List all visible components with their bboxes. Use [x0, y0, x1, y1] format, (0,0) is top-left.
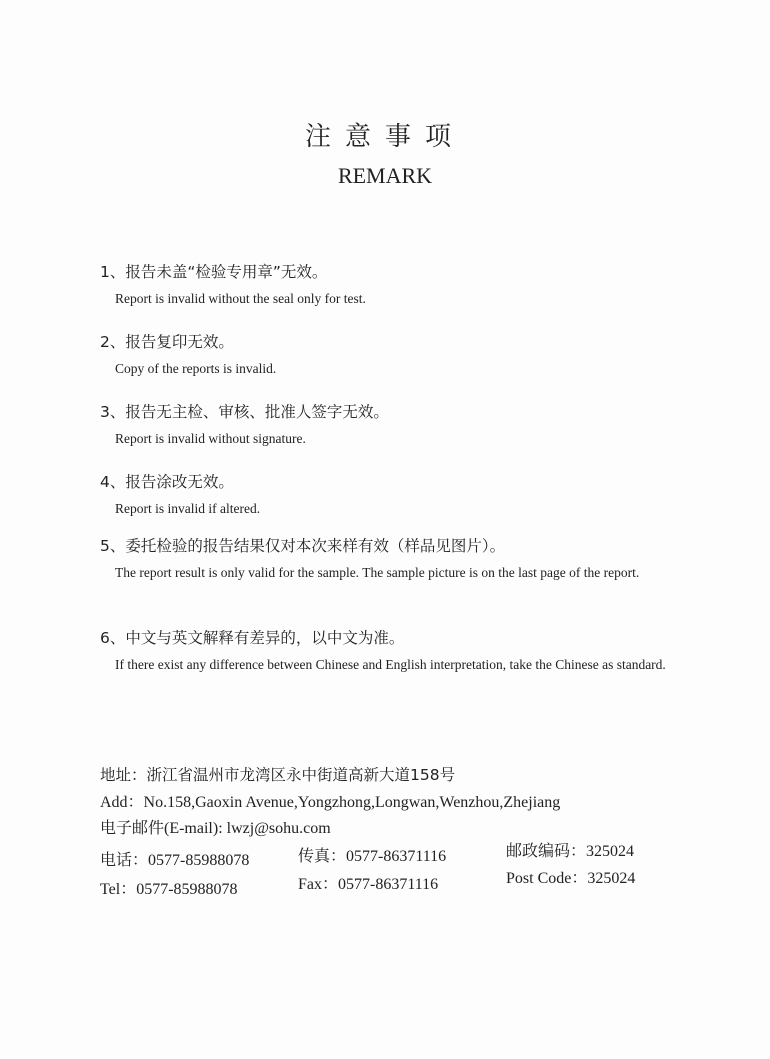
remark-item-cn: 6、中文与英文解释有差异的，以中文为准。	[100, 626, 670, 648]
remark-item-2: 2、报告复印无效。 Copy of the reports is invalid…	[100, 330, 680, 380]
remark-page: 注意事项 REMARK 1、报告未盖“检验专用章”无效。 Report is i…	[0, 0, 770, 1059]
remark-item-en: Report is invalid without the seal only …	[100, 288, 680, 310]
email: 电子邮件(E-mail): lwzj@sohu.com	[100, 815, 331, 838]
remark-item-6: 6、中文与英文解释有差异的，以中文为准。 If there exist any …	[100, 626, 670, 676]
phone-en: Tel：0577-85988078	[100, 876, 238, 899]
remark-item-en: Report is invalid if altered.	[100, 498, 680, 520]
postcode-en: Post Code：325024	[506, 865, 635, 888]
remark-item-cn: 5、委托检验的报告结果仅对本次来样有效（样品见图片）。	[100, 534, 670, 556]
remark-item-cn: 4、报告涂改无效。	[100, 470, 680, 492]
page-title-cn: 注意事项	[0, 116, 770, 153]
remark-item-en: If there exist any difference between Ch…	[100, 654, 670, 676]
phone-cn: 电话：0577-85988078	[100, 847, 249, 870]
remark-item-en: The report result is only valid for the …	[100, 562, 670, 584]
remark-item-cn: 1、报告未盖“检验专用章”无效。	[100, 260, 680, 282]
remark-item-cn: 2、报告复印无效。	[100, 330, 680, 352]
remark-item-en: Copy of the reports is invalid.	[100, 358, 680, 380]
fax-en: Fax：0577-86371116	[298, 871, 438, 894]
address-cn: 地址：浙江省温州市龙湾区永中街道高新大道158号	[100, 763, 455, 785]
fax-cn: 传真：0577-86371116	[298, 843, 446, 866]
remark-item-3: 3、报告无主检、审核、批准人签字无效。 Report is invalid wi…	[100, 400, 680, 450]
postcode-cn: 邮政编码：325024	[506, 838, 634, 861]
remark-item-1: 1、报告未盖“检验专用章”无效。 Report is invalid witho…	[100, 260, 680, 310]
page-title-en: REMARK	[0, 163, 770, 189]
remark-item-5: 5、委托检验的报告结果仅对本次来样有效（样品见图片）。 The report r…	[100, 534, 670, 584]
remark-item-cn: 3、报告无主检、审核、批准人签字无效。	[100, 400, 680, 422]
remark-item-4: 4、报告涂改无效。 Report is invalid if altered.	[100, 470, 680, 520]
address-en: Add：No.158,Gaoxin Avenue,Yongzhong,Longw…	[100, 789, 560, 812]
remark-item-en: Report is invalid without signature.	[100, 428, 680, 450]
